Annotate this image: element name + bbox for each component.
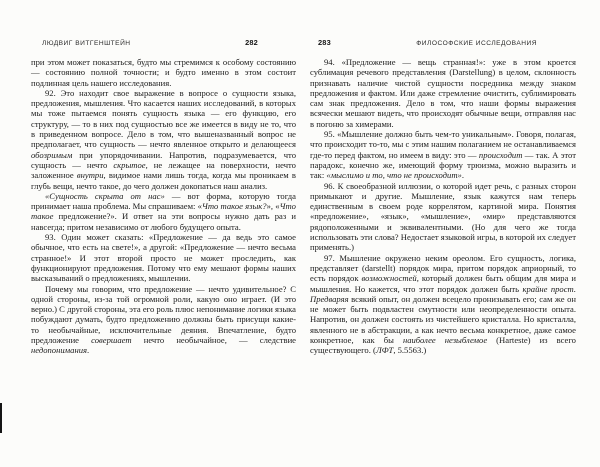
page-right: 283 ФИЛОСОФСКИЕ ИССЛЕДОВАНИЯ 94. «Предло… [310, 38, 576, 356]
text-segment: нечто необычайное, — следствие [132, 335, 296, 345]
paragraph: 96. К своеобразной иллюзии, о которой ид… [310, 181, 576, 253]
right-running-title: ФИЛОСОФСКИЕ ИССЛЕДОВАНИЯ [416, 40, 537, 47]
italic-text-segment: обозримым [31, 150, 72, 160]
italic-text-segment: возможностей [362, 273, 417, 283]
italic-text-segment: происходит [479, 150, 523, 160]
text-segment: . [462, 170, 464, 180]
italic-text-segment: наиболее незыблемое [403, 335, 487, 345]
italic-text-segment: «Сущность скрыта от нас» [45, 191, 165, 201]
right-page-number: 283 [318, 38, 331, 47]
italic-text-segment: внутри [77, 170, 104, 180]
text-segment: при этом может показаться, будто мы стре… [31, 57, 296, 88]
paragraph: Почему мы говорим, что предложение — неч… [31, 284, 296, 356]
text-segment: », « [267, 201, 280, 211]
left-page-text: при этом может показаться, будто мы стре… [31, 57, 296, 356]
left-page-number: 282 [245, 38, 258, 47]
paragraph: 93. Один может сказать: «Предложение — д… [31, 232, 296, 283]
paragraph: «Сущность скрыта от нас» — вот форма, ко… [31, 191, 296, 232]
italic-text-segment: ЛФТ [376, 345, 393, 355]
book-scan: ЛЮДВИГ ВИТГЕНШТЕЙН 282 при этом может по… [0, 0, 600, 467]
right-page-text: 94. «Предложение — вещь странная!»: уже … [310, 57, 576, 356]
text-segment: , 5.5563.) [393, 345, 426, 355]
paragraph: 95. «Мышление должно быть чем-то уникаль… [310, 129, 576, 180]
text-segment: 93. Один может сказать: «Предложение — д… [31, 232, 296, 283]
paragraph: 94. «Предложение — вещь странная!»: уже … [310, 57, 576, 129]
text-segment: 96. К своеобразной иллюзии, о которой ид… [310, 181, 576, 253]
left-running-title: ЛЮДВИГ ВИТГЕНШТЕЙН [42, 40, 131, 47]
paragraph: 97. Мышление окружено неким ореолом. Его… [310, 253, 576, 356]
text-segment: предложение?». И ответ на эти вопросы ну… [31, 211, 296, 231]
italic-text-segment: недопонимания [31, 345, 87, 355]
paragraph: 92. Это находит свое выражение в вопросе… [31, 88, 296, 191]
paragraph: при этом может показаться, будто мы стре… [31, 57, 296, 88]
italic-text-segment: «мыслимо и то, что не происходит» [326, 170, 461, 180]
italic-text-segment: скрытое [113, 160, 145, 170]
text-segment: . [87, 345, 89, 355]
italic-text-segment: Что такое язык? [202, 201, 267, 211]
italic-text-segment: совершает [91, 335, 131, 345]
text-segment: 94. «Предложение — вещь странная!»: уже … [310, 57, 576, 129]
text-segment: 92. Это находит свое выражение в вопросе… [31, 88, 296, 149]
left-running-head: ЛЮДВИГ ВИТГЕНШТЕЙН 282 [42, 38, 258, 48]
page-left: ЛЮДВИГ ВИТГЕНШТЕЙН 282 при этом может по… [31, 38, 296, 356]
scan-artifact-line [0, 403, 2, 433]
right-running-head: 283 ФИЛОСОФСКИЕ ИССЛЕДОВАНИЯ [318, 38, 537, 48]
